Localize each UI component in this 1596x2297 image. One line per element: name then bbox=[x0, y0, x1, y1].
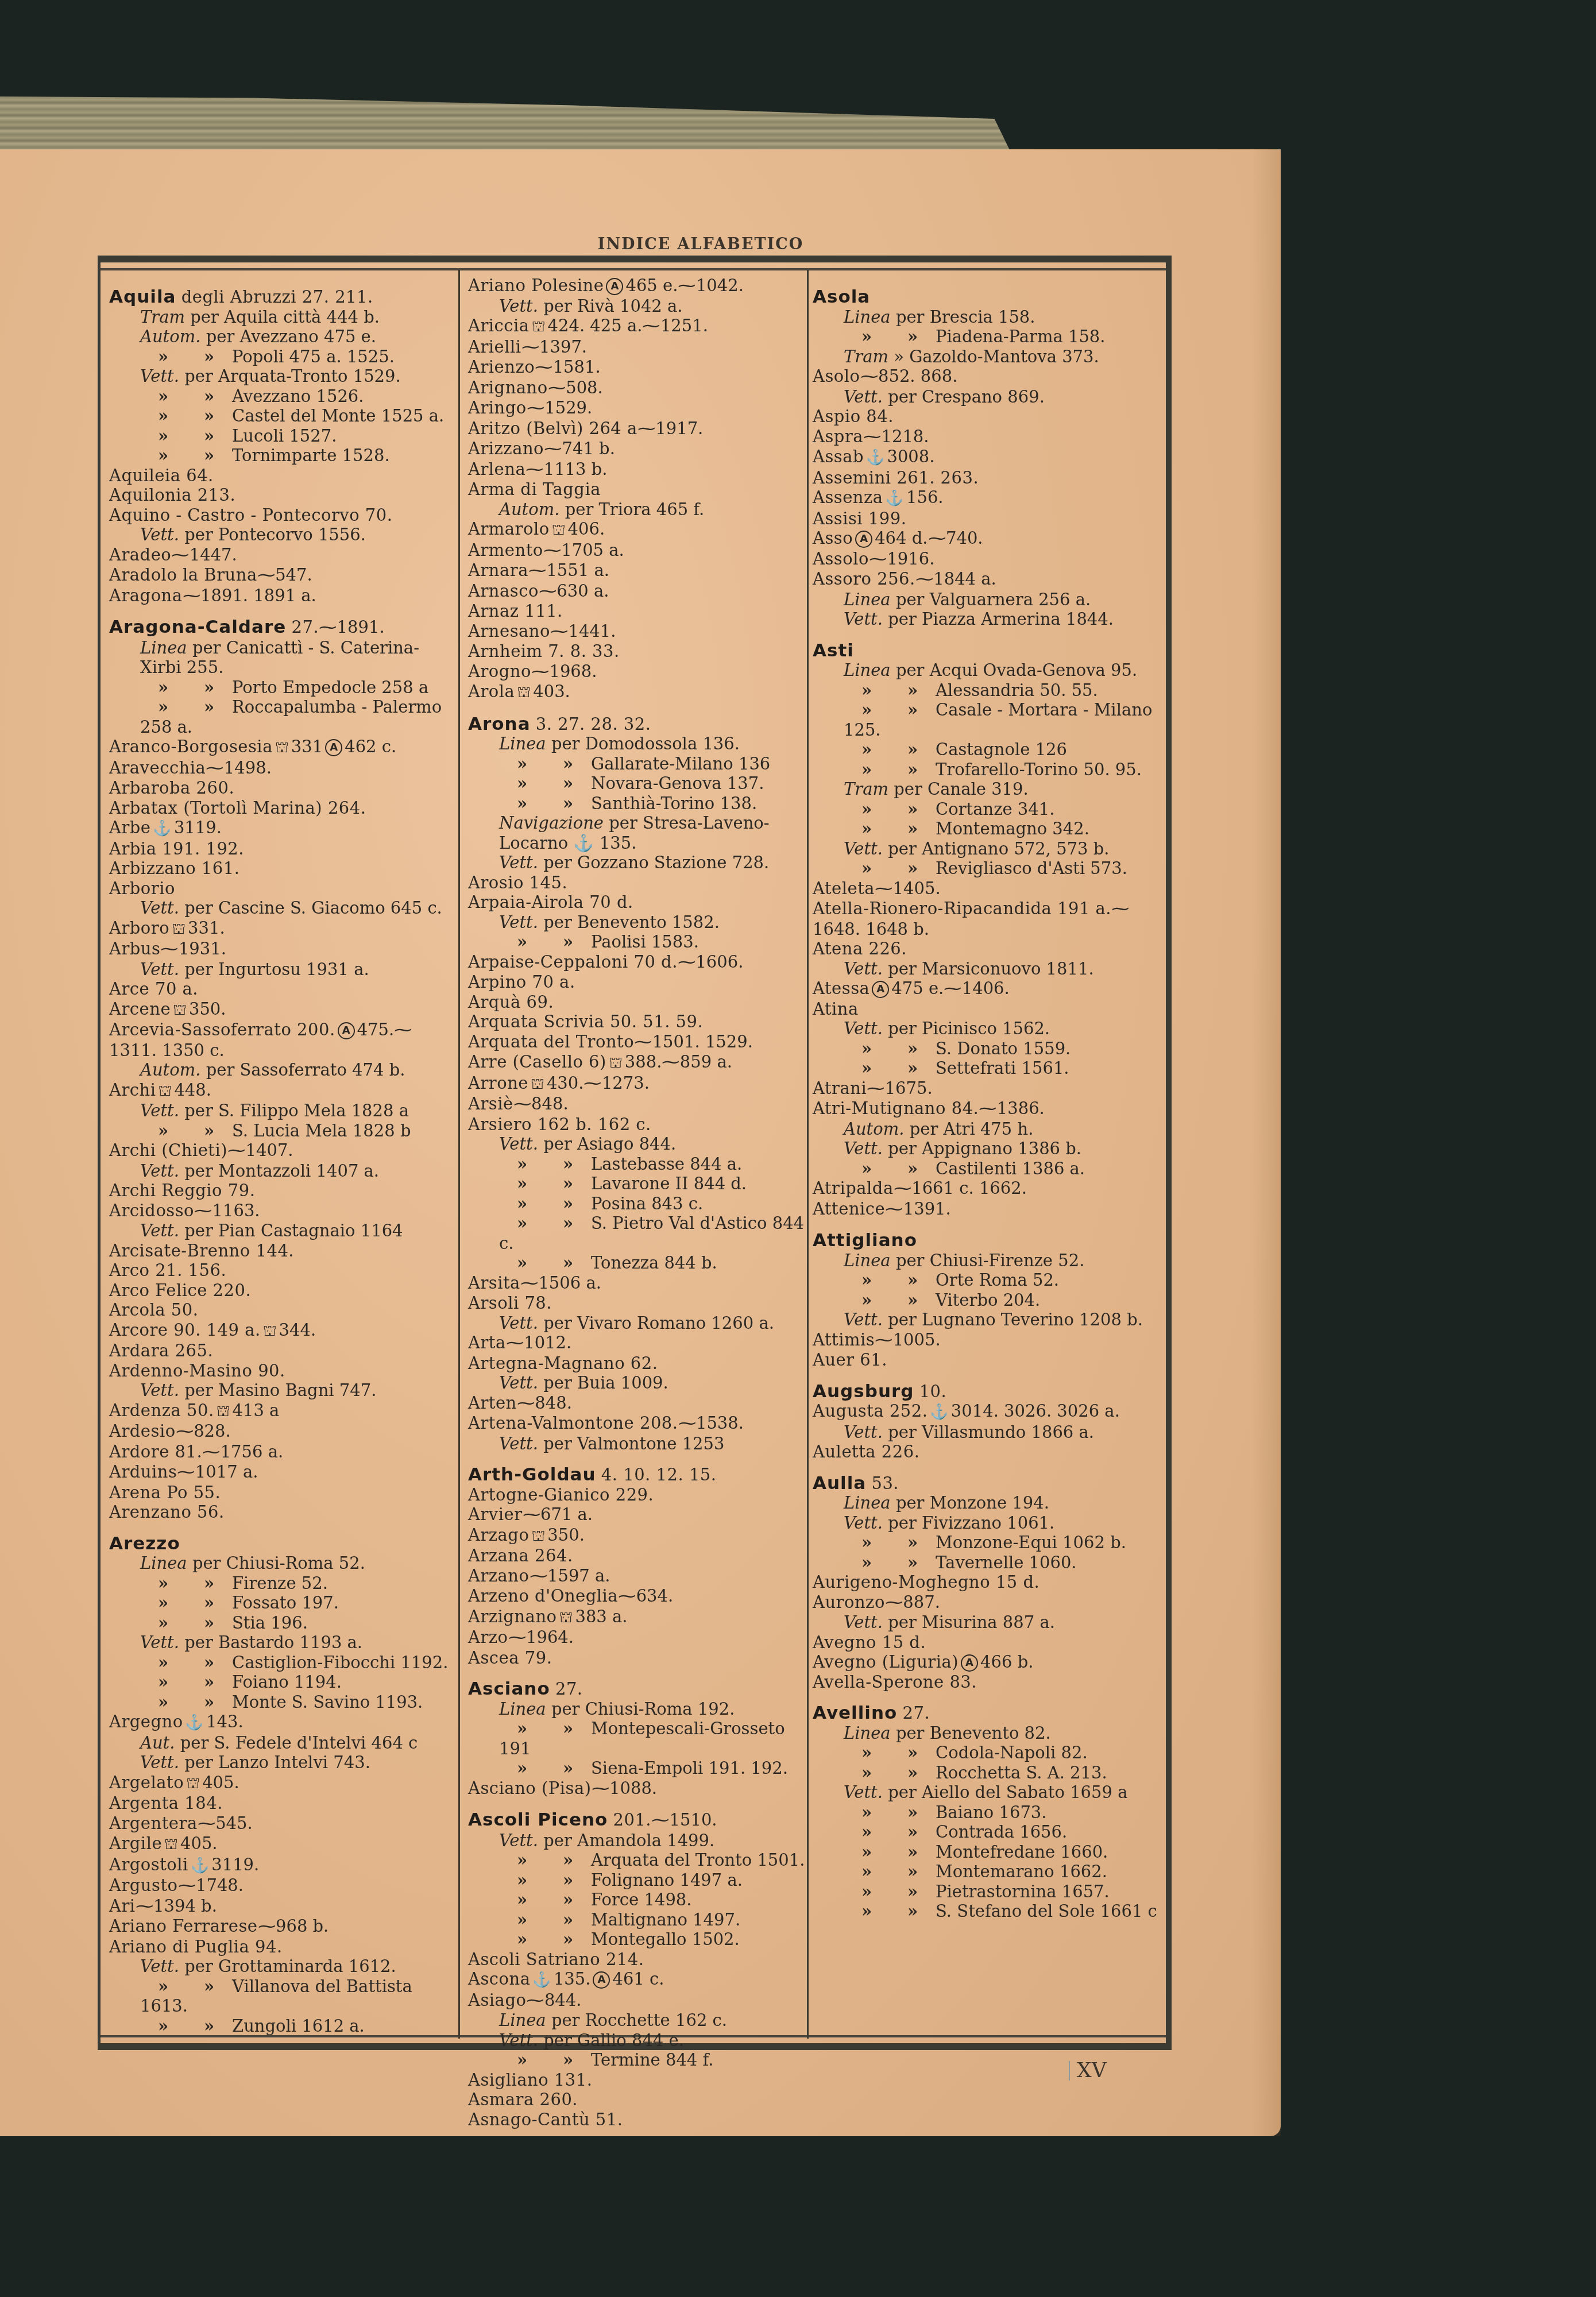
entry-connection: »»Zungoli 1612 a. bbox=[109, 2016, 459, 2036]
entry-connection: »»Santhià-Torino 138. bbox=[468, 794, 807, 814]
transport-mode: Vett. bbox=[499, 1313, 538, 1333]
entry-place: Ardore 81. bbox=[109, 1442, 202, 1461]
ditto-mark: » bbox=[844, 1743, 890, 1763]
transport-mode: Vett. bbox=[844, 609, 883, 629]
anchor-ship-icon: ⚓ bbox=[153, 819, 172, 839]
index-entry: Arsiero 162 b. 162 c. bbox=[468, 1115, 807, 1135]
entry-connection: Linea per Chiusi-Firenze 52. bbox=[813, 1251, 1157, 1271]
circled-a-icon: A bbox=[855, 531, 872, 548]
connection-destination: Termine 844 f. bbox=[591, 2050, 713, 2070]
entry-place: Arielli bbox=[468, 337, 521, 357]
index-entry: Ariccia⛫424. 425 a.~1251. bbox=[468, 316, 807, 337]
entry-reference: 1675. bbox=[885, 1078, 933, 1098]
ditto-mark: » bbox=[890, 1743, 936, 1763]
index-entry: Arre (Casello 6)⛫388.~859 a. bbox=[468, 1052, 807, 1073]
entry-reference: 350. bbox=[189, 999, 226, 1019]
entry-connection: »»Trofarello-Torino 50. 95. bbox=[813, 760, 1157, 780]
transport-mode: Vett. bbox=[499, 296, 538, 316]
entry-connection: Navigazione per Stresa-Laveno-Locarno ⚓ … bbox=[468, 813, 807, 853]
auto-service-icon: ~ bbox=[134, 1897, 156, 1917]
connection-destination: per Appignano 1386 b. bbox=[888, 1139, 1081, 1158]
entry-place: Ardenno-Masino 90. bbox=[109, 1361, 285, 1380]
entry-place: Aspra bbox=[813, 427, 863, 446]
transport-mode: Vett. bbox=[844, 1310, 883, 1329]
index-entry: Atella-Rionero-Ripacandida 191 a.~1648. … bbox=[813, 899, 1157, 939]
index-entry: Aspra~1218. bbox=[813, 427, 1157, 447]
ditto-mark: » bbox=[499, 1870, 545, 1890]
index-entry: Arpaise-Ceppaloni 70 d.~1606. bbox=[468, 952, 807, 973]
connection-destination: per Benevento 1582. bbox=[543, 912, 720, 932]
index-entry: Arboro⛫331. bbox=[109, 918, 459, 939]
entry-place: 4. 10. 12. 15. bbox=[601, 1465, 717, 1484]
connection-destination: per Triora 465 f. bbox=[565, 500, 705, 519]
ditto-mark: » bbox=[499, 1174, 545, 1194]
ditto-mark: » bbox=[844, 327, 890, 347]
auto-service-icon: ~ bbox=[524, 1991, 546, 2011]
entry-connection: »»Tavernelle 1060. bbox=[813, 1553, 1157, 1573]
entry-connection: Vett. per Rivà 1042 a. bbox=[468, 296, 807, 316]
entry-connection: Linea per Canicattì - S. Caterina-Xirbi … bbox=[109, 638, 459, 678]
connection-destination: per Aquila città 444 b. bbox=[190, 307, 380, 327]
column-divider bbox=[807, 270, 809, 2039]
connection-destination: Gallarate-Milano 136 bbox=[591, 754, 770, 774]
connection-destination: per Sassoferrato 474 b. bbox=[206, 1060, 405, 1080]
entry-connection: »»Tonezza 844 b. bbox=[468, 1253, 807, 1273]
index-entry: Arma di Taggia bbox=[468, 479, 807, 500]
entry-connection: »»Montepescali-Grosseto 191 bbox=[468, 1719, 807, 1758]
entry-connection: »»Roccapalumba - Palermo 258 a. bbox=[109, 697, 459, 737]
entry-connection: »»Avezzano 1526. bbox=[109, 386, 459, 407]
connection-destination: Trofarello-Torino 50. 95. bbox=[936, 760, 1142, 779]
ditto-mark: » bbox=[186, 1613, 232, 1633]
entry-connection: Vett. per Pontecorvo 1556. bbox=[109, 525, 459, 545]
entry-place: Arce 70 a. bbox=[109, 979, 198, 999]
index-entry: Atina bbox=[813, 999, 1157, 1019]
entry-place: Arbaroba 260. bbox=[109, 778, 234, 798]
entry-place: Arosio 145. bbox=[468, 873, 567, 892]
transport-mode: Vett. bbox=[140, 898, 179, 918]
entry-reference: 1529. bbox=[544, 398, 592, 417]
ditto-mark: » bbox=[140, 678, 186, 698]
ditto-mark: » bbox=[890, 1270, 936, 1290]
ditto-mark: » bbox=[140, 1613, 186, 1633]
entry-reference: 3119. bbox=[174, 818, 222, 837]
station-bell-icon: ⛫ bbox=[263, 1321, 277, 1341]
connection-destination: per Marsiconuovo 1811. bbox=[888, 959, 1093, 979]
entry-connection: Vett. per Marsiconuovo 1811. bbox=[813, 959, 1157, 979]
index-entry: Arpaia-Airola 70 d. bbox=[468, 892, 807, 912]
auto-service-icon: ~ bbox=[256, 1917, 277, 1937]
entry-place: Aquileia 64. bbox=[109, 466, 214, 485]
connection-destination: Foiano 1194. bbox=[232, 1672, 342, 1692]
index-entry: Arzo~1964. bbox=[468, 1627, 807, 1648]
index-entry: Asciano 27. bbox=[468, 1679, 807, 1699]
auto-service-icon: ~ bbox=[546, 378, 568, 399]
transport-mode: Vett. bbox=[499, 1134, 538, 1154]
ditto-mark: » bbox=[140, 426, 186, 446]
entry-reference: 1386. bbox=[997, 1099, 1045, 1118]
index-entry: Aritzo (Belvì) 264 a~1917. bbox=[468, 419, 807, 439]
ditto-mark: » bbox=[890, 760, 936, 780]
connection-destination: Siena-Empoli 191. 192. bbox=[591, 1758, 788, 1778]
entry-reference: 464 d. bbox=[875, 528, 928, 548]
ditto-mark: » bbox=[890, 1763, 936, 1783]
transport-mode: Vett. bbox=[844, 1782, 883, 1802]
connection-destination: per Brescia 158. bbox=[896, 307, 1035, 327]
entry-place: Assisi 199. bbox=[813, 509, 906, 528]
entry-place: Assoro 256. bbox=[813, 569, 915, 589]
transport-mode: Vett. bbox=[499, 1434, 538, 1453]
entry-reference: 1407. bbox=[246, 1140, 293, 1160]
connection-destination: Tonezza 844 b. bbox=[591, 1253, 717, 1273]
connection-destination: Montemagno 342. bbox=[936, 819, 1089, 838]
entry-reference: 350. bbox=[547, 1525, 585, 1545]
ditto-mark: » bbox=[844, 1553, 890, 1573]
ditto-mark: » bbox=[545, 1758, 591, 1778]
entry-reference: 430. bbox=[547, 1073, 584, 1093]
entry-place: Auletta 226. bbox=[813, 1442, 919, 1461]
entry-heading: Asciano bbox=[468, 1679, 550, 1699]
entry-connection: Tram » Gazoldo-Mantova 373. bbox=[813, 347, 1157, 367]
auto-service-icon: ~ bbox=[537, 582, 559, 602]
ditto-mark: » bbox=[890, 859, 936, 879]
entry-connection: Vett. per Villasmundo 1866 a. bbox=[813, 1422, 1157, 1443]
index-entry: Archi Reggio 79. bbox=[109, 1181, 459, 1201]
ditto-mark: » bbox=[844, 1159, 890, 1179]
index-entry: Arzano~1597 a. bbox=[468, 1566, 807, 1587]
connection-destination: per Rocchette 162 c. bbox=[551, 2010, 727, 2030]
entry-reference: 1394 b. bbox=[153, 1896, 217, 1916]
ditto-mark: » bbox=[844, 1533, 890, 1553]
entry-reference: 1844 a. bbox=[933, 569, 996, 589]
connection-destination: Avezzano 1526. bbox=[232, 386, 364, 406]
entry-place: degli Abruzzi 27. 211. bbox=[181, 287, 373, 307]
entry-place: Artena-Valmontone 208. bbox=[468, 1413, 678, 1433]
entry-place: Aspio 84. bbox=[813, 407, 894, 426]
auto-service-icon: ~ bbox=[883, 1593, 905, 1613]
connection-destination: per Monzone 194. bbox=[896, 1493, 1049, 1513]
index-entry: Augusta 252.⚓3014. 3026. 3026 a. bbox=[813, 1401, 1157, 1422]
ditto-mark: » bbox=[545, 2050, 591, 2070]
auto-service-icon: ~ bbox=[176, 1876, 198, 1896]
ditto-mark: » bbox=[186, 1593, 232, 1613]
entry-place: 53. bbox=[871, 1474, 899, 1493]
ditto-mark: » bbox=[499, 1850, 545, 1870]
auto-service-icon: ~ bbox=[520, 338, 542, 358]
index-entry: Artena-Valmontone 208.~1538. bbox=[468, 1413, 807, 1434]
entry-heading: Arezzo bbox=[109, 1533, 180, 1554]
connection-destination: Rocchetta S. A. 213. bbox=[936, 1763, 1107, 1782]
auto-service-icon: ~ bbox=[317, 618, 339, 638]
entry-place: Asolo bbox=[813, 366, 860, 386]
auto-service-icon: ~ bbox=[504, 1333, 526, 1354]
entry-place: Aringo bbox=[468, 398, 527, 417]
ditto-mark: » bbox=[499, 1910, 545, 1930]
ditto-mark: » bbox=[140, 1692, 186, 1712]
entry-connection: Linea per Rocchette 162 c. bbox=[468, 2010, 807, 2031]
entry-heading: Aragona-Caldare bbox=[109, 617, 286, 637]
index-entry: Arbe⚓3119. bbox=[109, 818, 459, 839]
entry-place: Assenza bbox=[813, 488, 883, 507]
index-entry: Auer 61. bbox=[813, 1350, 1157, 1370]
index-entry: Arignano~508. bbox=[468, 378, 807, 399]
index-entry: Arta~1012. bbox=[468, 1333, 807, 1354]
entry-place: Arzeno d'Oneglia bbox=[468, 1586, 618, 1606]
index-entry: Arsiè~848. bbox=[468, 1094, 807, 1115]
entry-connection: Linea per Acqui Ovada-Genova 95. bbox=[813, 660, 1157, 680]
entry-connection: »»Revigliasco d'Asti 573. bbox=[813, 859, 1157, 879]
transport-mode: Vett. bbox=[140, 366, 179, 386]
index-entry: Arienzo~1581. bbox=[468, 357, 807, 378]
ditto-mark: » bbox=[140, 1593, 186, 1613]
entry-reference: 508. bbox=[566, 378, 603, 397]
connection-destination: Cortanze 341. bbox=[936, 799, 1054, 819]
entry-reference: 1597 a. bbox=[547, 1566, 610, 1586]
index-entry: Assoro 256.~1844 a. bbox=[813, 569, 1157, 590]
transport-mode: Linea bbox=[499, 1699, 546, 1719]
connection-destination: per Gallio 844 e. bbox=[543, 2031, 684, 2050]
entry-connection: »»Termine 844 f. bbox=[468, 2050, 807, 2070]
ditto-mark: » bbox=[499, 2050, 545, 2070]
auto-service-icon: ~ bbox=[676, 953, 698, 973]
entry-connection: »»Contrada 1656. bbox=[813, 1822, 1157, 1842]
ditto-mark: » bbox=[140, 697, 186, 717]
index-entry: Aquileia 64. bbox=[109, 466, 459, 486]
ditto-mark: » bbox=[499, 1253, 545, 1273]
index-entry: Arbatax (Tortolì Marina) 264. bbox=[109, 798, 459, 818]
connection-destination: S. Stefano del Sole 1661 c bbox=[936, 1901, 1157, 1921]
entry-reference: 388. bbox=[625, 1052, 662, 1072]
connection-destination: Tornimparte 1528. bbox=[232, 446, 390, 465]
entry-place: Ateleta bbox=[813, 879, 875, 898]
entry-place: Arboro bbox=[109, 918, 169, 938]
transport-mode: Linea bbox=[844, 590, 891, 609]
connection-destination: per Villasmundo 1866 a. bbox=[888, 1422, 1094, 1442]
connection-destination: Baiano 1673. bbox=[936, 1803, 1047, 1822]
entry-connection: »»Piadena-Parma 158. bbox=[813, 327, 1157, 347]
connection-destination: per Cascine S. Giacomo 645 c. bbox=[184, 898, 442, 918]
entry-reference: 545. bbox=[215, 1813, 253, 1833]
index-entry: AtessaA475 e.~1406. bbox=[813, 979, 1157, 999]
transport-mode: Tram bbox=[844, 779, 888, 799]
connection-destination: Novara-Genova 137. bbox=[591, 774, 764, 793]
connection-destination: Codola-Napoli 82. bbox=[936, 1743, 1088, 1762]
auto-service-icon: ~ bbox=[159, 939, 180, 960]
transport-mode: Vett. bbox=[499, 1373, 538, 1393]
ditto-mark: » bbox=[844, 1822, 890, 1842]
entry-place: Arzignano bbox=[468, 1607, 557, 1626]
connection-destination: Monzone-Equi 1062 b. bbox=[936, 1533, 1126, 1552]
index-entry: Arzago⛫350. bbox=[468, 1525, 807, 1546]
ditto-mark: » bbox=[186, 426, 232, 446]
auto-service-icon: ~ bbox=[174, 1422, 196, 1442]
entry-heading: Avellino bbox=[813, 1703, 897, 1723]
entry-connection: Vett. per Lanzo Intelvi 743. bbox=[109, 1753, 459, 1773]
entry-place: Ascea 79. bbox=[468, 1648, 552, 1668]
connection-destination: per Antignano 572, 573 b. bbox=[888, 839, 1109, 859]
ditto-mark: » bbox=[186, 1692, 232, 1712]
entry-connection: Vett. per Antignano 572, 573 b. bbox=[813, 839, 1157, 859]
auto-service-icon: ~ bbox=[858, 367, 880, 387]
entry-connection: Vett. per Benevento 1582. bbox=[468, 912, 807, 933]
entry-place: Arma di Taggia bbox=[468, 479, 601, 499]
index-entry: Attenice~1391. bbox=[813, 1199, 1157, 1220]
entry-place: Arta bbox=[468, 1333, 506, 1352]
index-entry: Asciano (Pisa)~1088. bbox=[468, 1778, 807, 1799]
entry-connection: Vett. per Gallio 844 e. bbox=[468, 2031, 807, 2051]
entry-reference: 406. bbox=[568, 519, 605, 539]
auto-service-icon: ~ bbox=[175, 1463, 197, 1483]
entry-connection: Vett. per Appignano 1386 b. bbox=[813, 1139, 1157, 1159]
entry-reference: 1705 a. bbox=[561, 540, 624, 560]
transport-mode: Vett. bbox=[140, 525, 179, 544]
ditto-mark: » bbox=[186, 347, 232, 367]
circled-a-icon: A bbox=[338, 1022, 355, 1039]
entry-heading: Asti bbox=[813, 640, 854, 661]
entry-place: Ardenza 50. bbox=[109, 1401, 214, 1420]
connection-destination: Lucoli 1527. bbox=[232, 426, 337, 446]
entry-connection: »»Lavarone II 844 d. bbox=[468, 1174, 807, 1194]
entry-connection: »»Pietrastornina 1657. bbox=[813, 1882, 1157, 1902]
entry-place: Archi (Chieti) bbox=[109, 1140, 227, 1160]
ditto-mark: » bbox=[140, 2016, 186, 2036]
auto-service-icon: ~ bbox=[873, 1331, 895, 1351]
connection-destination: Tavernelle 1060. bbox=[936, 1553, 1077, 1572]
transport-mode: Vett. bbox=[499, 912, 538, 932]
entry-connection: »»Baiano 1673. bbox=[813, 1803, 1157, 1823]
index-entry: Aragona-Caldare 27.~1891. bbox=[109, 617, 459, 638]
entry-heading: Aquila bbox=[109, 287, 176, 307]
ditto-mark: » bbox=[844, 680, 890, 701]
connection-destination: Castiglion-Fibocchi 1192. bbox=[232, 1653, 448, 1672]
ditto-mark: » bbox=[545, 754, 591, 774]
entry-place: Arcidosso bbox=[109, 1201, 194, 1220]
ditto-mark: » bbox=[545, 1929, 591, 1950]
circled-a-icon: A bbox=[961, 1654, 978, 1672]
entry-connection: Vett. per Grottaminarda 1612. bbox=[109, 1956, 459, 1977]
connection-destination: per Pian Castagnaio 1164 bbox=[184, 1221, 403, 1240]
auto-service-icon: ~ bbox=[527, 1567, 549, 1587]
ditto-mark: » bbox=[890, 1822, 936, 1842]
entry-connection: »»Gallarate-Milano 136 bbox=[468, 754, 807, 774]
index-entry: Asti bbox=[813, 641, 1157, 661]
transport-mode: Vett. bbox=[140, 1380, 179, 1400]
entry-place: Aravecchia bbox=[109, 758, 206, 778]
entry-place: Arcene bbox=[109, 999, 171, 1019]
transport-mode: Linea bbox=[140, 1553, 187, 1573]
transport-mode: Vett. bbox=[499, 2031, 538, 2050]
entry-place: Atri-Mutignano 84. bbox=[813, 1099, 979, 1118]
entry-connection: Vett. per Montazzoli 1407 a. bbox=[109, 1161, 459, 1181]
ditto-mark: » bbox=[140, 446, 186, 466]
entry-place: Arten bbox=[468, 1393, 517, 1413]
entry-connection: »»Codola-Napoli 82. bbox=[813, 1743, 1157, 1763]
entry-place: 27. bbox=[555, 1679, 583, 1699]
anchor-ship-icon: ⚓ bbox=[191, 1856, 209, 1876]
index-entry: Arco Felice 220. bbox=[109, 1281, 459, 1301]
auto-service-icon: ~ bbox=[392, 1020, 414, 1041]
index-entry: Arce 70 a. bbox=[109, 979, 459, 999]
entry-reference: 1748. bbox=[196, 1876, 244, 1895]
index-entry: Aulla 53. bbox=[813, 1474, 1157, 1494]
entry-heading: Asola bbox=[813, 287, 870, 307]
index-entry: Arcisate-Brenno 144. bbox=[109, 1241, 459, 1261]
entry-place: 10. bbox=[919, 1382, 947, 1401]
entry-place: Arduins bbox=[109, 1462, 177, 1482]
entry-reference: 1405. bbox=[893, 879, 941, 898]
connection-destination: per Masino Bagni 747. bbox=[184, 1380, 376, 1400]
index-entry: Asolo~852. 868. bbox=[813, 366, 1157, 387]
index-column-3: AsolaLinea per Brescia 158.»»Piadena-Par… bbox=[813, 276, 1157, 1921]
entry-place: Arcisate-Brenno 144. bbox=[109, 1241, 294, 1260]
station-bell-icon: ⛫ bbox=[217, 1402, 230, 1422]
index-entry: Arola⛫403. bbox=[468, 682, 807, 703]
entry-place: 3. 27. 28. 32. bbox=[536, 714, 651, 734]
entry-connection: Linea per Valguarnera 256 a. bbox=[813, 590, 1157, 610]
ditto-mark: » bbox=[844, 1763, 890, 1783]
connection-destination: per Pontecorvo 1556. bbox=[184, 525, 366, 544]
entry-connection: Linea per Chiusi-Roma 192. bbox=[468, 1699, 807, 1719]
entry-connection: Linea per Brescia 158. bbox=[813, 307, 1157, 327]
entry-place: Asigliano 131. bbox=[468, 2070, 592, 2090]
connection-destination: per Crespano 869. bbox=[888, 387, 1045, 407]
entry-connection: Tram per Canale 319. bbox=[813, 779, 1157, 799]
transport-mode: Vett. bbox=[140, 1161, 179, 1181]
entry-reference: 3008. bbox=[887, 447, 934, 466]
entry-place: Archi bbox=[109, 1080, 156, 1100]
ditto-mark: » bbox=[499, 1929, 545, 1950]
connection-destination: Maltignano 1497. bbox=[591, 1910, 740, 1929]
auto-service-icon: ~ bbox=[527, 561, 548, 581]
entry-connection: Vett. per Ingurtosu 1931 a. bbox=[109, 960, 459, 980]
entry-connection: »»Montemagno 342. bbox=[813, 819, 1157, 839]
index-entry: Avella-Sperone 83. bbox=[813, 1672, 1157, 1692]
entry-connection: »»Viterbo 204. bbox=[813, 1290, 1157, 1310]
entry-place: Arre (Casello 6) bbox=[468, 1052, 606, 1072]
connection-destination: Orte Roma 52. bbox=[936, 1270, 1059, 1290]
index-entry: Ardesio~828. bbox=[109, 1421, 459, 1442]
connection-destination: per Asiago 844. bbox=[543, 1134, 676, 1154]
entry-place: Arsiè bbox=[468, 1094, 513, 1113]
entry-connection: Autom. per Avezzano 475 e. bbox=[109, 327, 459, 347]
transport-mode: Linea bbox=[844, 1723, 891, 1743]
entry-reference: 1510. bbox=[670, 1810, 717, 1830]
connection-destination: Lavarone II 844 d. bbox=[591, 1174, 747, 1193]
ditto-mark: » bbox=[844, 1882, 890, 1902]
entry-connection: Vett. per Buia 1009. bbox=[468, 1373, 807, 1393]
index-entry: Arbizzano 161. bbox=[109, 859, 459, 879]
entry-connection: Linea per Monzone 194. bbox=[813, 1493, 1157, 1513]
index-column-1: Aquila degli Abruzzi 27. 211.Tram per Aq… bbox=[109, 276, 459, 2036]
entry-reference: 630 a. bbox=[557, 581, 609, 601]
entry-place: Arienzo bbox=[468, 357, 535, 377]
connection-destination: » Gazoldo-Mantova 373. bbox=[894, 347, 1099, 366]
transport-mode: Autom. bbox=[140, 1060, 200, 1080]
entry-reference: 448. bbox=[174, 1080, 211, 1100]
station-bell-icon: ⛫ bbox=[531, 1074, 544, 1095]
entry-place: Asiago bbox=[468, 1990, 526, 2010]
entry-reference: 1931. bbox=[179, 939, 226, 958]
connection-destination: Popoli 475 a. 1525. bbox=[232, 347, 395, 366]
ditto-mark: » bbox=[890, 1901, 936, 1921]
entry-connection: Vett. per Amandola 1499. bbox=[468, 1831, 807, 1851]
ditto-mark: » bbox=[890, 1533, 936, 1553]
entry-heading: Attigliano bbox=[813, 1230, 917, 1251]
auto-service-icon: ~ bbox=[650, 1811, 671, 1831]
entry-reference: 3119. bbox=[211, 1855, 259, 1874]
connection-destination: Force 1498. bbox=[591, 1890, 692, 1909]
index-entry: Ascea 79. bbox=[468, 1648, 807, 1668]
